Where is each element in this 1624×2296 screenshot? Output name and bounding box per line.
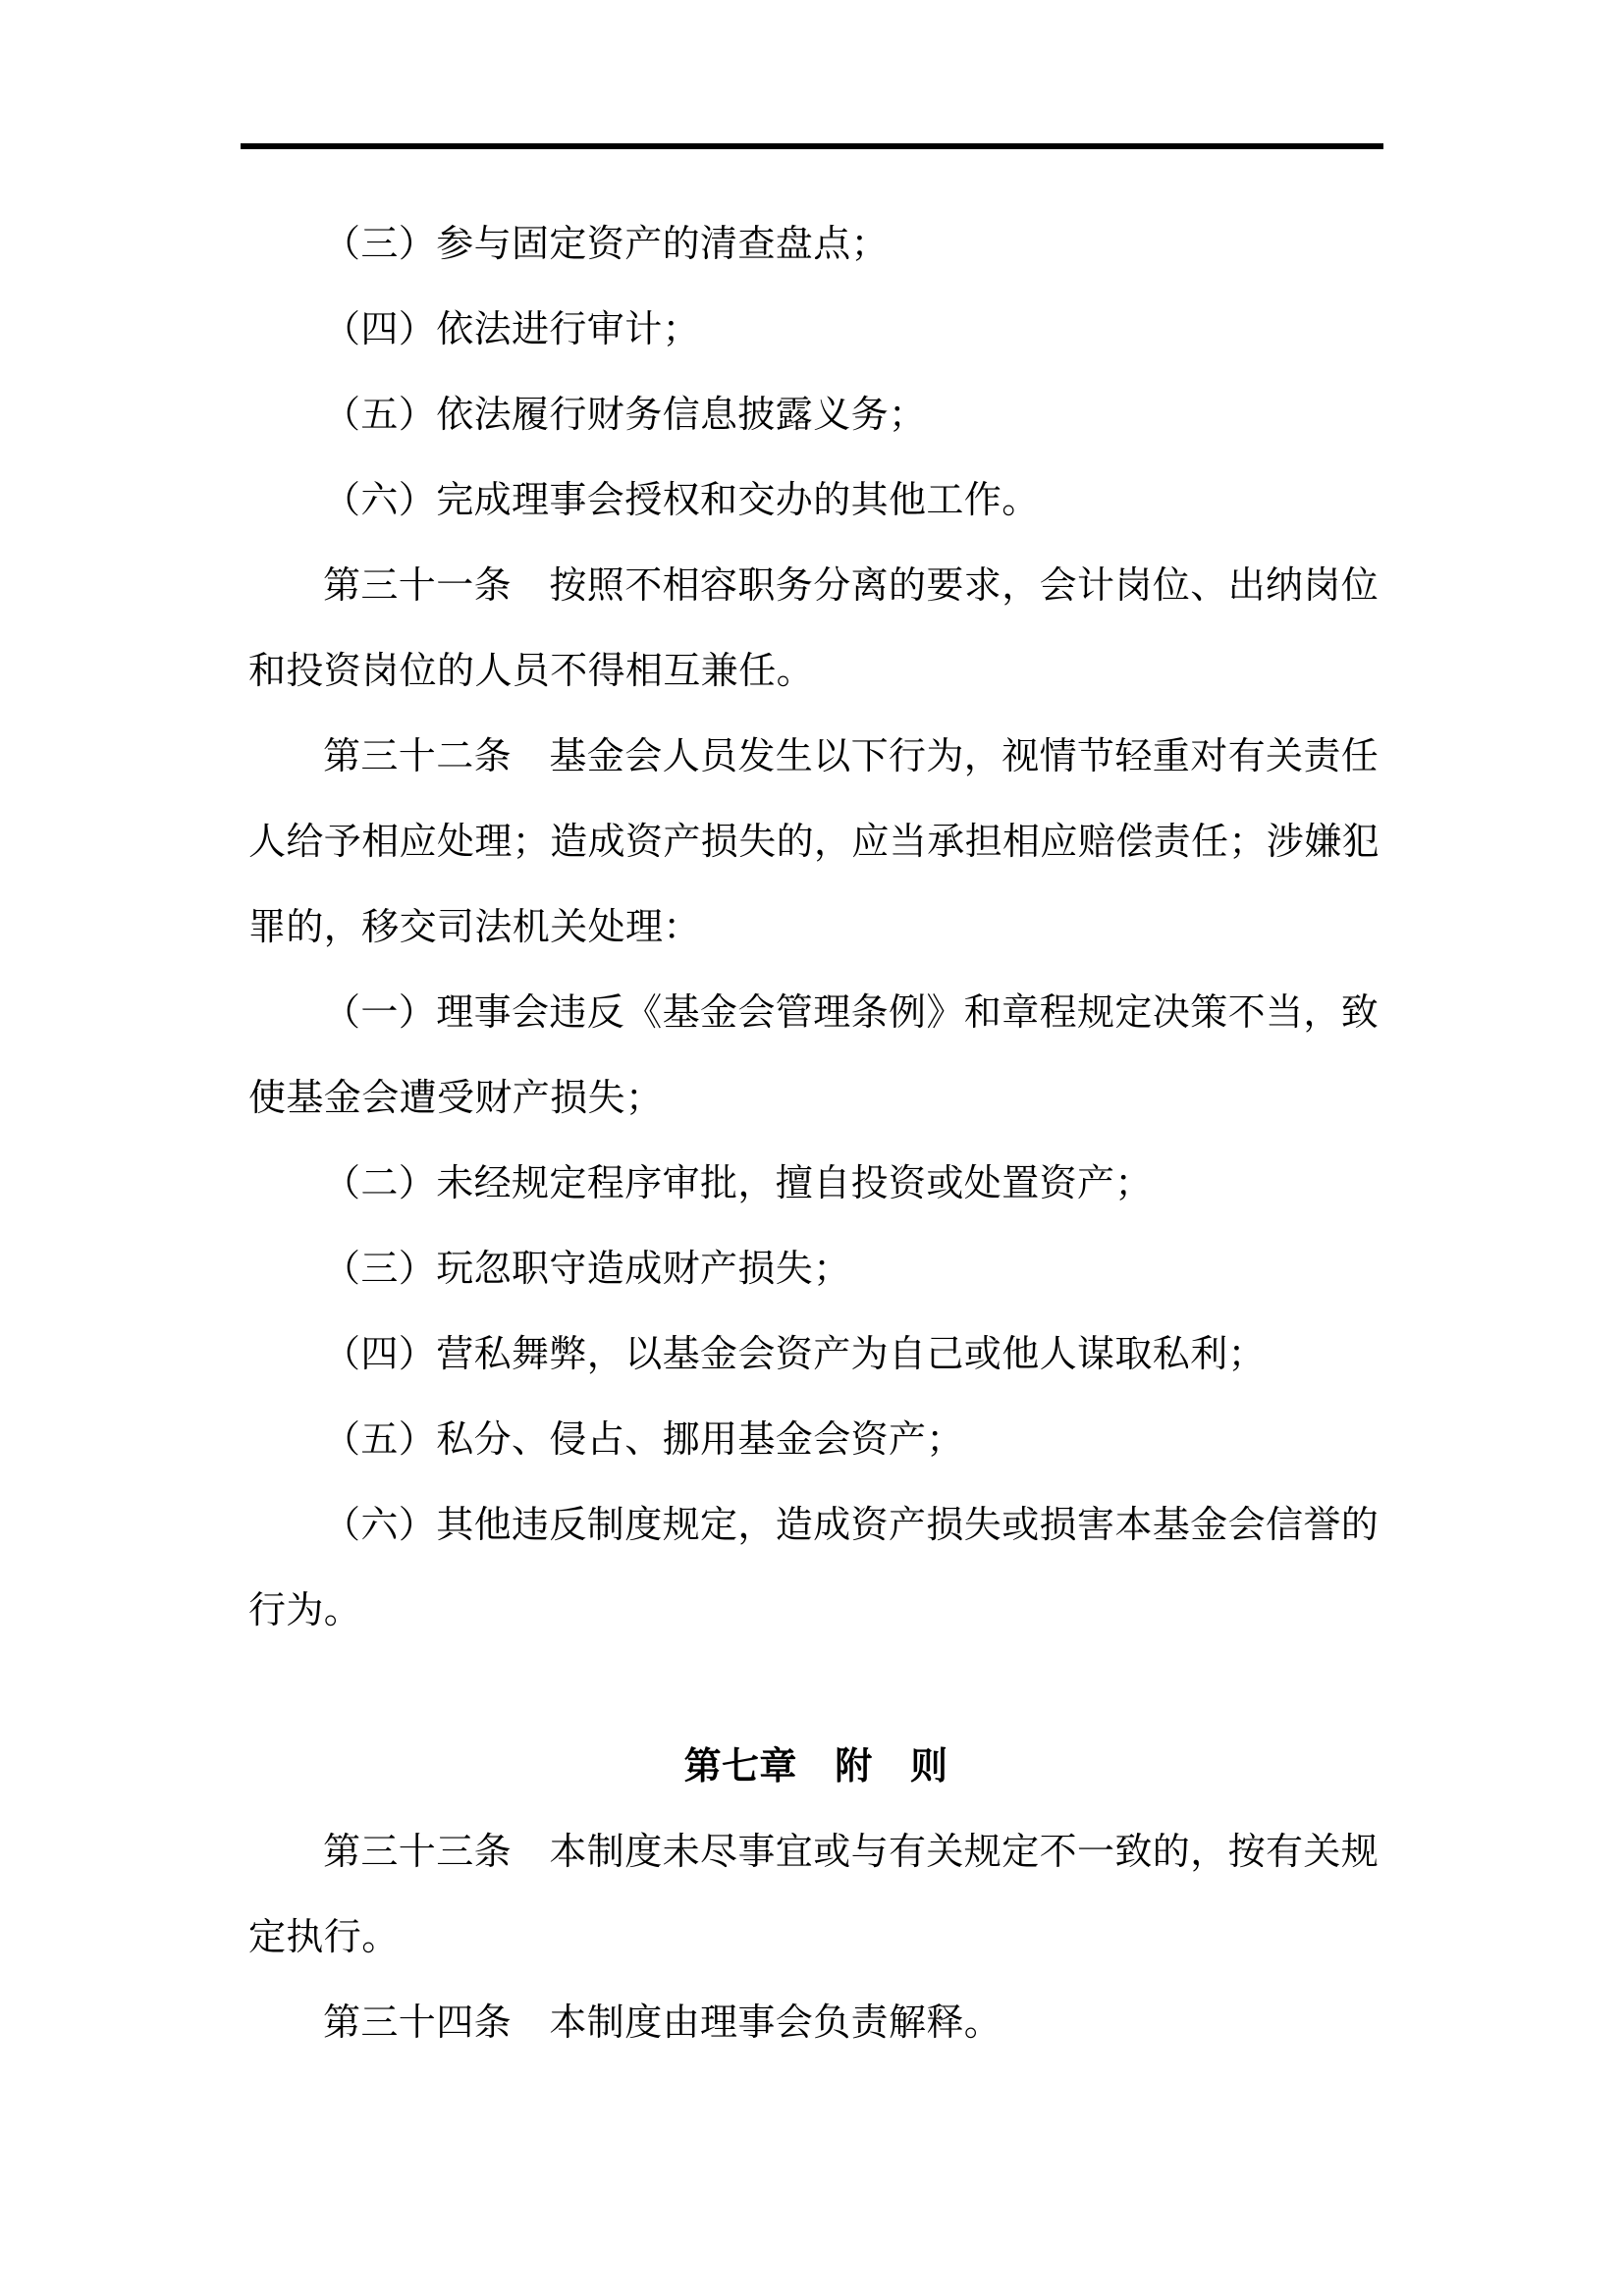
document-line: （三）玩忽职守造成财产损失； bbox=[248, 1227, 1383, 1312]
document-line: 和投资岗位的人员不得相互兼任。 bbox=[248, 629, 1383, 715]
header-rule bbox=[241, 143, 1383, 149]
document-line: 人给予相应处理；造成资产损失的，应当承担相应赔偿责任；涉嫌犯 bbox=[248, 800, 1383, 885]
document-line: 第三十三条 本制度未尽事宜或与有关规定不一致的，按有关规 bbox=[248, 1810, 1383, 1896]
document-line: （五）依法履行财务信息披露义务； bbox=[248, 373, 1383, 458]
document-body: （三）参与固定资产的清查盘点；（四）依法进行审计；（五）依法履行财务信息披露义务… bbox=[248, 202, 1383, 2066]
document-line: （三）参与固定资产的清查盘点； bbox=[248, 202, 1383, 288]
document-line: （五）私分、侵占、挪用基金会资产； bbox=[248, 1398, 1383, 1483]
document-line: （一）理事会违反《基金会管理条例》和章程规定决策不当，致 bbox=[248, 971, 1383, 1056]
document-line: （四）营私舞弊，以基金会资产为自己或他人谋取私利； bbox=[248, 1312, 1383, 1398]
document-line: （二）未经规定程序审批，擅自投资或处置资产； bbox=[248, 1142, 1383, 1227]
document-line: 罪的，移交司法机关处理： bbox=[248, 885, 1383, 971]
document-line: 第三十二条 基金会人员发生以下行为，视情节轻重对有关责任 bbox=[248, 715, 1383, 800]
chapter-heading: 第七章 附 则 bbox=[248, 1725, 1383, 1810]
document-line: 使基金会遭受财产损失； bbox=[248, 1056, 1383, 1142]
document-line: （四）依法进行审计； bbox=[248, 288, 1383, 373]
document-line: （六）完成理事会授权和交办的其他工作。 bbox=[248, 458, 1383, 544]
document-line: （六）其他违反制度规定，造成资产损失或损害本基金会信誉的 bbox=[248, 1483, 1383, 1569]
document-line: 行为。 bbox=[248, 1569, 1383, 1654]
document-page: （三）参与固定资产的清查盘点；（四）依法进行审计；（五）依法履行财务信息披露义务… bbox=[0, 0, 1624, 2296]
document-line: 第三十一条 按照不相容职务分离的要求，会计岗位、出纳岗位 bbox=[248, 544, 1383, 629]
document-line: 定执行。 bbox=[248, 1896, 1383, 1981]
document-line: 第三十四条 本制度由理事会负责解释。 bbox=[248, 1981, 1383, 2066]
